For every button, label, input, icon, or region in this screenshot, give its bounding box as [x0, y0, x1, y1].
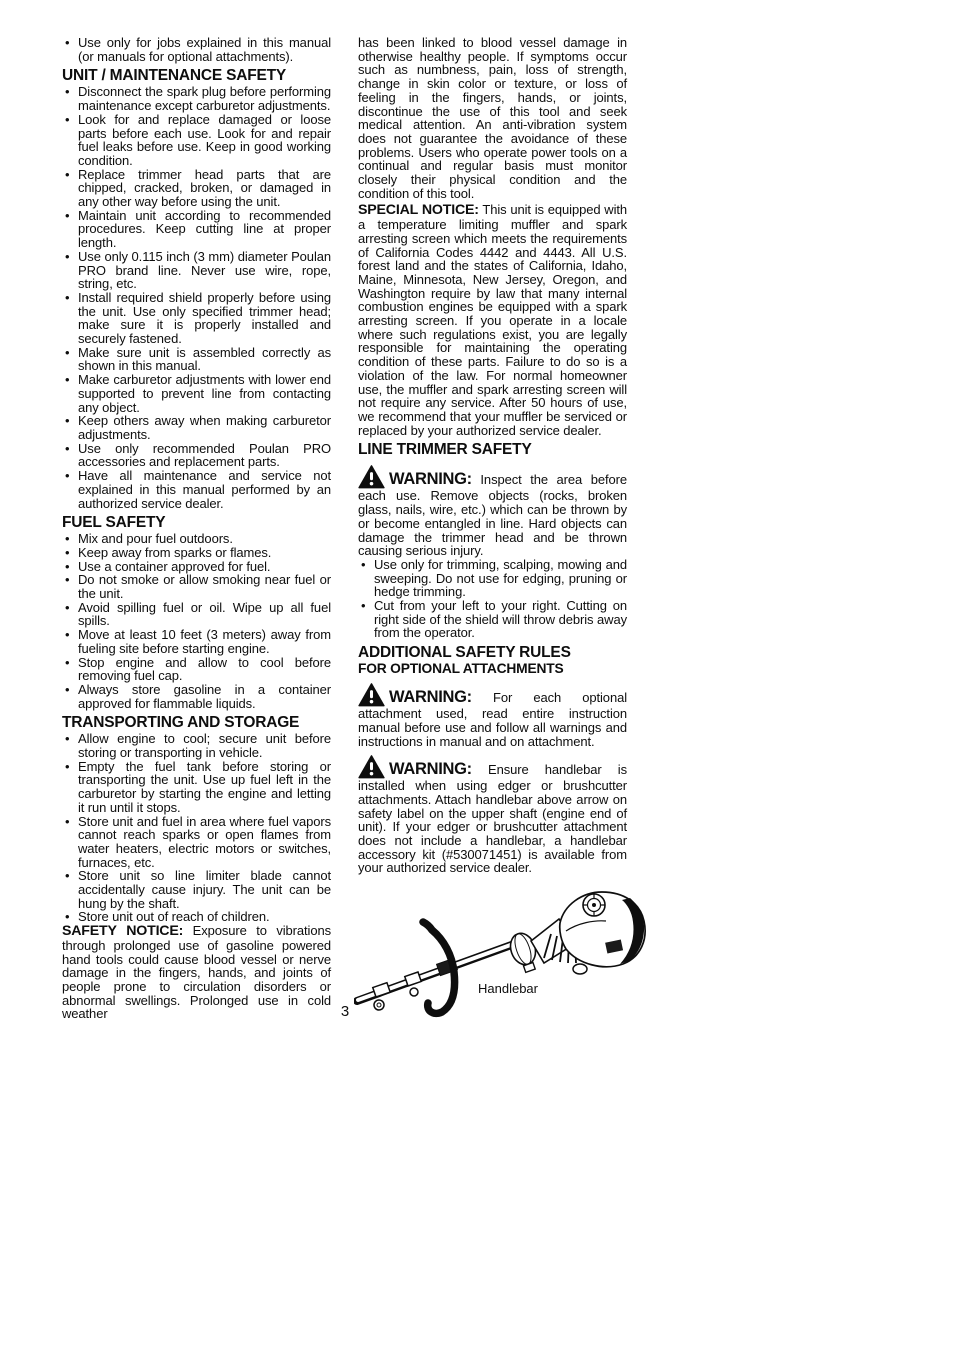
list-item: •Avoid spilling fuel or oil. Wipe up all… [62, 601, 331, 628]
bullet-marker: • [65, 532, 69, 546]
bullet-text: Empty the fuel tank before storing or tr… [78, 759, 331, 815]
manual-page: • Use only for jobs explained in this ma… [0, 0, 954, 1348]
bullet-marker: • [65, 346, 69, 360]
bullet-marker: • [65, 414, 69, 428]
bullet-marker: • [65, 113, 69, 127]
bullet-marker: • [65, 373, 69, 387]
list-item: •Store unit and fuel in area where fuel … [62, 815, 331, 870]
bullet-text: Use only for trimming, scalping, mowing … [374, 557, 627, 599]
special-notice-label: SPECIAL NOTICE: [358, 202, 479, 218]
bullet-marker: • [65, 573, 69, 587]
list-item: •Store unit so line limiter blade cannot… [62, 869, 331, 910]
warning-triangle-icon [358, 683, 385, 707]
bullet-marker: • [65, 442, 69, 456]
bullet-marker: • [65, 910, 69, 924]
section-heading-transporting: TRANSPORTING AND STORAGE [62, 714, 331, 731]
figure-caption: Handlebar [478, 981, 539, 996]
list-item: •Always store gasoline in a container ap… [62, 683, 331, 710]
list-item: •Make sure unit is assembled correctly a… [62, 346, 331, 373]
vibration-continuation-paragraph: has been linked to blood vessel damage i… [358, 36, 627, 200]
bullet-text: Allow engine to cool; secure unit before… [78, 731, 331, 760]
list-item: •Do not smoke or allow smoking near fuel… [62, 573, 331, 600]
engine-housing [560, 892, 645, 974]
bullet-marker: • [65, 250, 69, 264]
bullet-text: Use only recommended Poulan PRO accessor… [78, 441, 331, 470]
bullet-marker: • [65, 869, 69, 883]
bullet-text: Avoid spilling fuel or oil. Wipe up all … [78, 600, 331, 629]
bullet-marker: • [65, 732, 69, 746]
list-item: •Keep others away when making carburetor… [62, 414, 331, 441]
warning-paragraph-attachments: WARNING: For each optional attachment us… [358, 683, 627, 748]
list-item: •Make carburetor adjustments with lower … [62, 373, 331, 414]
bullet-text: Stop engine and allow to cool before rem… [78, 655, 331, 684]
list-item: •Maintain unit according to recommended … [62, 209, 331, 250]
list-item: •Empty the fuel tank before storing or t… [62, 760, 331, 815]
warning-triangle-icon [358, 465, 385, 489]
bullet-text: Make carburetor adjustments with lower e… [78, 372, 331, 414]
list-item: •Move at least 10 feet (3 meters) away f… [62, 628, 331, 655]
warning-paragraph-handlebar: WARNING: Ensure handlebar is installed w… [358, 755, 627, 875]
left-column: • Use only for jobs explained in this ma… [62, 36, 331, 1032]
bullet-text: Store unit out of reach of children. [78, 909, 270, 924]
bullet-marker: • [65, 683, 69, 697]
bullet-marker: • [65, 469, 69, 483]
bullet-text: Use only for jobs explained in this manu… [78, 35, 331, 64]
list-item: •Use only 0.115 inch (3 mm) diameter Pou… [62, 250, 331, 291]
bullet-marker: • [65, 560, 69, 574]
bullet-marker: • [65, 546, 69, 560]
bullet-text: Install required shield properly before … [78, 290, 331, 346]
bullet-marker: • [65, 628, 69, 642]
warning-label: WARNING: [389, 688, 472, 706]
bullet-text: Store unit so line limiter blade cannot … [78, 868, 331, 910]
bullet-text: Always store gasoline in a container app… [78, 682, 331, 711]
bullet-text: Look for and replace damaged or loose pa… [78, 112, 331, 168]
list-item: •Replace trimmer head parts that are chi… [62, 168, 331, 209]
warning-paragraph-line-trimmer: WARNING: Inspect the area before each us… [358, 465, 627, 558]
list-item: •Use only for trimming, scalping, mowing… [358, 558, 627, 599]
section-heading-additional-rules: ADDITIONAL SAFETY RULES [358, 644, 627, 661]
list-item: •Allow engine to cool; secure unit befor… [62, 732, 331, 759]
list-item: •Have all maintenance and service not ex… [62, 469, 331, 510]
list-item: •Use only recommended Poulan PRO accesso… [62, 442, 331, 469]
list-item: •Use a container approved for fuel. [62, 560, 331, 574]
bullet-text: Keep others away when making carburetor … [78, 413, 331, 442]
bullet-text: Replace trimmer head parts that are chip… [78, 167, 331, 209]
list-item: •Disconnect the spark plug before perfor… [62, 85, 331, 112]
list-item: •Cut from your left to your right. Cutti… [358, 599, 627, 640]
warning-label: WARNING: [389, 470, 472, 488]
section-heading-line-trimmer: LINE TRIMMER SAFETY [358, 441, 627, 458]
right-column: has been linked to blood vessel damage i… [358, 36, 627, 1032]
list-item: •Look for and replace damaged or loose p… [62, 113, 331, 168]
bullet-text: Maintain unit according to recommended p… [78, 208, 331, 250]
bullet-text: Do not smoke or allow smoking near fuel … [78, 572, 331, 601]
bullet-text: Use only 0.115 inch (3 mm) diameter Poul… [78, 249, 331, 291]
bullet-marker: • [65, 168, 69, 182]
bullet-marker: • [65, 209, 69, 223]
bullet-marker: • [65, 36, 69, 50]
bullet-text: Store unit and fuel in area where fuel v… [78, 814, 331, 870]
section-heading-unit-maintenance: UNIT / MAINTENANCE SAFETY [62, 67, 331, 84]
bullet-text: Make sure unit is assembled correctly as… [78, 345, 331, 374]
list-item: •Keep away from sparks or flames. [62, 546, 331, 560]
list-item: •Stop engine and allow to cool before re… [62, 656, 331, 683]
special-notice-text: This unit is equipped with a temperature… [358, 202, 627, 437]
section-heading-fuel-safety: FUEL SAFETY [62, 514, 331, 531]
bullet-marker: • [65, 656, 69, 670]
bullet-marker: • [65, 601, 69, 615]
list-item: •Install required shield properly before… [62, 291, 331, 346]
safety-notice-label: SAFETY NOTICE: [62, 923, 183, 939]
section-subheading-optional-attachments: FOR OPTIONAL ATTACHMENTS [358, 661, 627, 676]
bullet-text: Move at least 10 feet (3 meters) away fr… [78, 627, 331, 656]
warning-triangle-icon [358, 755, 385, 779]
list-item: • Use only for jobs explained in this ma… [62, 36, 331, 63]
bullet-text: Cut from your left to your right. Cuttin… [374, 598, 627, 640]
list-item: •Store unit out of reach of children. [62, 910, 331, 924]
two-column-text-block: • Use only for jobs explained in this ma… [62, 36, 628, 1032]
list-item: •Mix and pour fuel outdoors. [62, 532, 331, 546]
bullet-marker: • [65, 85, 69, 99]
bullet-text: Have all maintenance and service not exp… [78, 468, 331, 510]
warning-text: Ensure handlebar is installed when using… [358, 762, 627, 875]
bullet-text: Disconnect the spark plug before perform… [78, 84, 331, 113]
bullet-marker: • [65, 815, 69, 829]
bullet-marker: • [65, 291, 69, 305]
special-notice-paragraph: SPECIAL NOTICE: This unit is equipped wi… [358, 203, 627, 437]
page-number: 3 [62, 1003, 628, 1021]
bullet-marker: • [65, 760, 69, 774]
warning-label: WARNING: [389, 760, 472, 778]
bullet-marker: • [361, 558, 365, 572]
bullet-marker: • [361, 599, 365, 613]
